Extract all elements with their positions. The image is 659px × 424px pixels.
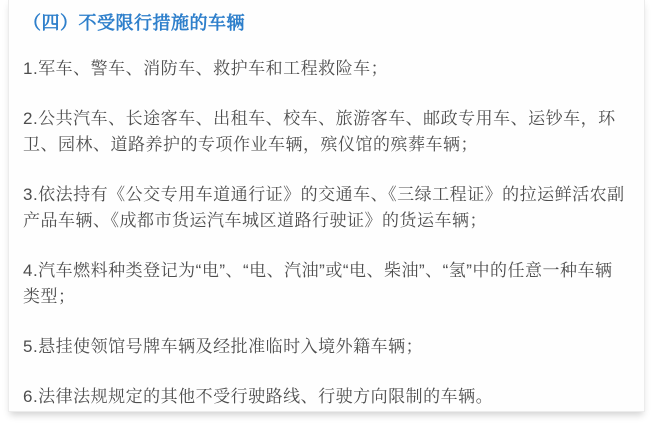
section-heading: （四）不受限行措施的车辆 — [23, 11, 626, 35]
list-item-3: 3.依法持有《公交专用车道通行证》的交通车、《三绿工程证》的拉运鲜活农副产品车辆… — [23, 182, 626, 234]
list-item-5: 5.悬挂使领馆号牌车辆及经批准临时入境外籍车辆； — [23, 334, 626, 360]
article-card: （四）不受限行措施的车辆 1.军车、警车、消防车、救护车和工程救险车； 2.公共… — [8, 0, 645, 412]
list-item-6: 6.法律法规规定的其他不受行驶路线、行驶方向限制的车辆。 — [23, 384, 626, 410]
list-item-1: 1.军车、警车、消防车、救护车和工程救险车； — [23, 56, 626, 82]
list-item-4: 4.汽车燃料种类登记为“电”、“电、汽油”或“电、柴油”、“氢”中的任意一种车辆… — [23, 258, 626, 310]
list-item-2: 2.公共汽车、长途客车、出租车、校车、旅游客车、邮政专用车、运钞车，环卫、园林、… — [23, 106, 626, 158]
